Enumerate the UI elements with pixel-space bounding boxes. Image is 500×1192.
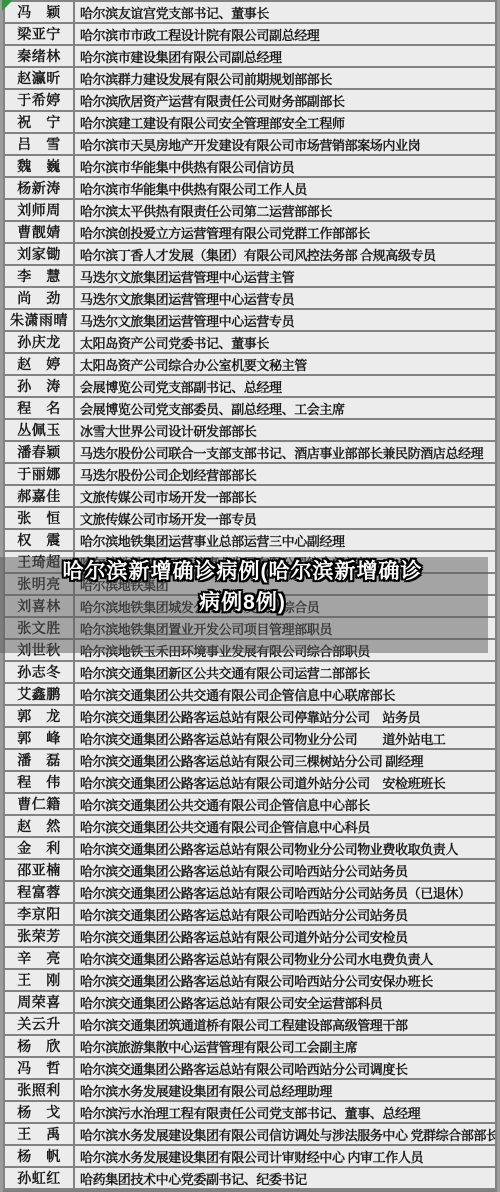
- position-cell: 哈尔滨市市政工程设计院有限公司副总经理: [75, 24, 495, 44]
- name-cell: 朱潇雨晴: [5, 310, 75, 330]
- name-cell: 梁亚宁: [5, 24, 75, 44]
- table-row: 刘家锄哈尔滨丁香人才发展（集团）有限公司风控法务部 合规高级专员: [5, 244, 495, 266]
- position-cell: 哈尔滨交通集团公路客运总站有限公司物业分公司物业费收取负责人: [75, 838, 495, 858]
- name-cell: 赵 然: [5, 816, 75, 836]
- table-row: 孙庆龙太阳岛资产公司党委书记、董事长: [5, 332, 495, 354]
- table-row: 杨 帆哈尔滨水务发展建设集团有限公司计审财经中心 内审工作人员: [5, 1146, 495, 1168]
- name-cell: 丛佩玉: [5, 420, 75, 440]
- table-row: 曹仁籍哈尔滨交通集团公共交通有限公司企管信息中心部长: [5, 794, 495, 816]
- table-row: 孙 涛会展博览公司党支部副书记、总经理: [5, 376, 495, 398]
- table-row: 孙虹红哈药集团技术中心党委副书记、纪委书记: [5, 1168, 495, 1190]
- name-cell: 冯 颖: [5, 2, 75, 22]
- name-cell: 尚 劲: [5, 288, 75, 308]
- table-row: 李京阳哈尔滨交通集团公路客运总站有限公司哈西站分公司站务员: [5, 904, 495, 926]
- table-row: 冯 哲哈尔滨交通集团公路客运总站有限公司哈西站分公司调度长: [5, 1058, 495, 1080]
- name-cell: 祝 宁: [5, 112, 75, 132]
- table-row: 杨 欣哈尔滨旅游集散中心运营管理有限公司工会副主席: [5, 1036, 495, 1058]
- name-cell: 郭 峰: [5, 728, 75, 748]
- table-row: 辛 亮哈尔滨交通集团公路客运总站有限公司物业分公司水电费负责人: [5, 948, 495, 970]
- position-cell: 文旅传媒公司市场开发一部部长: [75, 486, 495, 506]
- name-cell: 辛 亮: [5, 948, 75, 968]
- name-cell: 孙虹红: [5, 1168, 75, 1188]
- name-cell: 张照利: [5, 1080, 75, 1100]
- table-row: 于丽娜马迭尔股份公司企划经营部部长: [5, 464, 495, 486]
- position-cell: 太阳岛资产公司综合办公室机要文秘主管: [75, 354, 495, 374]
- name-cell: 邵亚楠: [5, 860, 75, 880]
- table-row: 李 慧马迭尔文旅集团运营管理中心运营主管: [5, 266, 495, 288]
- position-cell: 哈尔滨市华能集中供热有限公司信访员: [75, 156, 495, 176]
- name-cell: 吕 雪: [5, 134, 75, 154]
- table-row: 梁亚宁哈尔滨市市政工程设计院有限公司副总经理: [5, 24, 495, 46]
- table-row: 王 禹哈尔滨水务发展建设集团有限公司信访调处与涉法服务中心 党群综合部部长: [5, 1124, 495, 1146]
- name-cell: 冯 哲: [5, 1058, 75, 1078]
- name-cell: 杨 帆: [5, 1146, 75, 1166]
- name-cell: 赵 婷: [5, 354, 75, 374]
- name-cell: 程富蓉: [5, 882, 75, 902]
- position-cell: 文旅传媒公司市场开发一部专员: [75, 508, 495, 528]
- table-row: 金 利哈尔滨交通集团公路客运总站有限公司物业分公司物业费收取负责人: [5, 838, 495, 860]
- position-cell: 哈尔滨交通集团公路客运总站有限公司哈西站分公司站务员: [75, 860, 495, 880]
- table-row: 赵 婷太阳岛资产公司综合办公室机要文秘主管: [5, 354, 495, 376]
- table-row: 尚 劲马迭尔文旅集团运营管理中心运营专员: [5, 288, 495, 310]
- position-cell: 哈尔滨建工建设有限公司安全管理部安全工程师: [75, 112, 495, 132]
- name-cell: 赵瀛昕: [5, 68, 75, 88]
- table-row: 程 名会展博览公司党支部委员、副总经理、工会主席: [5, 398, 495, 420]
- position-cell: 哈尔滨交通集团公共交通有限公司企管信息中心联席部长: [75, 684, 495, 704]
- position-cell: 哈尔滨地铁集团运营事业总部运营三中心副经理: [75, 530, 495, 550]
- table-row: 刘师周哈尔滨太平供热有限责任公司第二运营部部长: [5, 200, 495, 222]
- green-corner-icon: [2, 0, 13, 11]
- position-cell: 哈尔滨交通集团公共交通有限公司企管信息中心部长: [75, 794, 495, 814]
- name-cell: 潘 磊: [5, 750, 75, 770]
- table-row: 张照利哈尔滨水务发展建设集团有限公司总经理助理: [5, 1080, 495, 1102]
- name-cell: 孙志冬: [5, 662, 75, 682]
- table-row: 吕 雪哈尔滨市天昊房地产开发建设有限公司市场营销部案场内业岗: [5, 134, 495, 156]
- table-row: 郭 峰哈尔滨交通集团公路客运总站有限公司物业分公司 道外站电工: [5, 728, 495, 750]
- name-cell: 程 名: [5, 398, 75, 418]
- name-cell: 孙庆龙: [5, 332, 75, 352]
- name-cell: 权 震: [5, 530, 75, 550]
- table-row: 程 伟哈尔滨交通集团公路客运总站有限公司道外站分公司 安检班班长: [5, 772, 495, 794]
- table-row: 丛佩玉冰雪大世界公司设计研发部部长: [5, 420, 495, 442]
- name-cell: 刘师周: [5, 200, 75, 220]
- table-row: 张 恒文旅传媒公司市场开发一部专员: [5, 508, 495, 530]
- position-cell: 哈尔滨交通集团公路客运总站有限公司道外站分公司 安检班班长: [75, 772, 495, 792]
- position-cell: 哈尔滨交通集团新区公共交通有限公司运营二部部长: [75, 662, 495, 682]
- position-cell: 哈尔滨市天昊房地产开发建设有限公司市场营销部案场内业岗: [75, 134, 495, 154]
- position-cell: 哈尔滨太平供热有限责任公司第二运营部部长: [75, 200, 495, 220]
- table-row: 曹靓婧哈尔滨创投爱立方运营管理有限公司党群工作部部长: [5, 222, 495, 244]
- position-cell: 会展博览公司党支部委员、副总经理、工会主席: [75, 398, 495, 418]
- table-row: 冯 颖哈尔滨友谊宫党支部书记、董事长: [5, 2, 495, 24]
- position-cell: 哈尔滨水务发展建设集团有限公司总经理助理: [75, 1080, 495, 1100]
- position-cell: 马迭尔文旅集团运营管理中心运营专员: [75, 288, 495, 308]
- name-cell: 于希婷: [5, 90, 75, 110]
- table-row: 程富蓉哈尔滨交通集团公路客运总站有限公司哈西站分公司站务员（已退休）: [5, 882, 495, 904]
- position-cell: 哈尔滨交通集团筑通道桥有限公司工程建设部高级管理干部: [75, 1014, 495, 1034]
- table-row: 郭 龙哈尔滨交通集团公路客运总站有限公司停靠站分公司 站务员: [5, 706, 495, 728]
- name-cell: 魏 巍: [5, 156, 75, 176]
- name-cell: 李京阳: [5, 904, 75, 924]
- name-cell: 郝嘉佳: [5, 486, 75, 506]
- name-cell: 曹仁籍: [5, 794, 75, 814]
- name-cell: 孙 涛: [5, 376, 75, 396]
- position-cell: 马迭尔股份公司联合一支部支部书记、酒店事业部部长兼民防酒店总经理: [75, 442, 495, 462]
- position-cell: 哈尔滨水务发展建设集团有限公司计审财经中心 内审工作人员: [75, 1146, 495, 1166]
- name-cell: 周荣喜: [5, 992, 75, 1012]
- table-row: 杨新涛哈尔滨市华能集中供热有限公司工作人员: [5, 178, 495, 200]
- position-cell: 哈药集团技术中心党委副书记、纪委书记: [75, 1168, 495, 1188]
- name-cell: 刘家锄: [5, 244, 75, 264]
- position-cell: 马迭尔股份公司企划经营部部长: [75, 464, 495, 484]
- table-row: 赵 然哈尔滨交通集团公共交通有限公司企管信息中心科员: [5, 816, 495, 838]
- position-cell: 哈尔滨交通集团公路客运总站有限公司停靠站分公司 站务员: [75, 706, 495, 726]
- position-cell: 哈尔滨交通集团公共交通有限公司企管信息中心科员: [75, 816, 495, 836]
- position-cell: 哈尔滨交通集团公路客运总站有限公司哈西站分公司安保办班长: [75, 970, 495, 990]
- name-cell: 张 恒: [5, 508, 75, 528]
- position-cell: 哈尔滨群力建设发展有限公司前期规划部部长: [75, 68, 495, 88]
- table-row: 张荣芳哈尔滨交通集团公路客运总站有限公司道外站分公司安检员: [5, 926, 495, 948]
- position-cell: 哈尔滨交通集团公路客运总站有限公司哈西站分公司调度长: [75, 1058, 495, 1078]
- table-row: 艾鑫鹏哈尔滨交通集团公共交通有限公司企管信息中心联席部长: [5, 684, 495, 706]
- table-row: 潘 磊哈尔滨交通集团公路客运总站有限公司三棵树站分公司 副经理: [5, 750, 495, 772]
- headline-line2: 病例8例): [0, 587, 485, 618]
- table-row: 周荣喜哈尔滨交通集团公路客运总站有限公司安全运营部科员: [5, 992, 495, 1014]
- name-cell: 潘春颖: [5, 442, 75, 462]
- table-row: 邵亚楠哈尔滨交通集团公路客运总站有限公司哈西站分公司站务员: [5, 860, 495, 882]
- table-row: 关云升哈尔滨交通集团筑通道桥有限公司工程建设部高级管理干部: [5, 1014, 495, 1036]
- position-cell: 哈尔滨交通集团公路客运总站有限公司哈西站分公司站务员（已退休）: [75, 882, 495, 902]
- screenshot-stage: 冯 颖哈尔滨友谊宫党支部书记、董事长梁亚宁哈尔滨市市政工程设计院有限公司副总经理…: [0, 0, 500, 1192]
- position-cell: 哈尔滨交通集团公路客运总站有限公司三棵树站分公司 副经理: [75, 750, 495, 770]
- position-cell: 哈尔滨交通集团公路客运总站有限公司哈西站分公司站务员: [75, 904, 495, 924]
- position-cell: 哈尔滨丁香人才发展（集团）有限公司风控法务部 合规高级专员: [75, 244, 495, 264]
- name-cell: 张荣芳: [5, 926, 75, 946]
- table-row: 权 震哈尔滨地铁集团运营事业总部运营三中心副经理: [5, 530, 495, 552]
- position-cell: 哈尔滨交通集团公路客运总站有限公司安全运营部科员: [75, 992, 495, 1012]
- position-cell: 哈尔滨创投爱立方运营管理有限公司党群工作部部长: [75, 222, 495, 242]
- position-cell: 哈尔滨污水治理工程有限责任公司党支部书记、董事、总经理: [75, 1102, 495, 1122]
- headline-line1: 哈尔滨新增确诊病例(哈尔滨新增确诊: [0, 556, 485, 587]
- position-cell: 哈尔滨交通集团公路客运总站有限公司物业分公司 道外站电工: [75, 728, 495, 748]
- name-cell: 王 禹: [5, 1124, 75, 1144]
- name-cell: 关云升: [5, 1014, 75, 1034]
- name-cell: 杨 戈: [5, 1102, 75, 1122]
- name-cell: 杨 欣: [5, 1036, 75, 1056]
- table-row: 王 刚哈尔滨交通集团公路客运总站有限公司哈西站分公司安保办班长: [5, 970, 495, 992]
- name-cell: 程 伟: [5, 772, 75, 792]
- position-cell: 哈尔滨欣居资产运营有限责任公司财务部副部长: [75, 90, 495, 110]
- table-row: 孙志冬哈尔滨交通集团新区公共交通有限公司运营二部部长: [5, 662, 495, 684]
- table-row: 魏 巍哈尔滨市华能集中供热有限公司信访员: [5, 156, 495, 178]
- table-row: 于希婷哈尔滨欣居资产运营有限责任公司财务部副部长: [5, 90, 495, 112]
- position-cell: 哈尔滨交通集团公路客运总站有限公司道外站分公司安检员: [75, 926, 495, 946]
- name-cell: 于丽娜: [5, 464, 75, 484]
- position-cell: 哈尔滨交通集团公路客运总站有限公司物业分公司水电费负责人: [75, 948, 495, 968]
- name-cell: 金 利: [5, 838, 75, 858]
- table-row: 潘春颖马迭尔股份公司联合一支部支部书记、酒店事业部部长兼民防酒店总经理: [5, 442, 495, 464]
- table-row: 朱潇雨晴马迭尔文旅集团运营管理中心运营专员: [5, 310, 495, 332]
- position-cell: 哈尔滨友谊宫党支部书记、董事长: [75, 2, 495, 22]
- name-cell: 秦绪林: [5, 46, 75, 66]
- table-row: 郝嘉佳文旅传媒公司市场开发一部部长: [5, 486, 495, 508]
- position-cell: 冰雪大世界公司设计研发部部长: [75, 420, 495, 440]
- name-cell: 李 慧: [5, 266, 75, 286]
- position-cell: 马迭尔文旅集团运营管理中心运营专员: [75, 310, 495, 330]
- table-row: 赵瀛昕哈尔滨群力建设发展有限公司前期规划部部长: [5, 68, 495, 90]
- table-row: 祝 宁哈尔滨建工建设有限公司安全管理部安全工程师: [5, 112, 495, 134]
- position-cell: 哈尔滨旅游集散中心运营管理有限公司工会副主席: [75, 1036, 495, 1056]
- position-cell: 哈尔滨市华能集中供热有限公司工作人员: [75, 178, 495, 198]
- name-cell: 王 刚: [5, 970, 75, 990]
- position-cell: 马迭尔文旅集团运营管理中心运营主管: [75, 266, 495, 286]
- position-cell: 哈尔滨水务发展建设集团有限公司信访调处与涉法服务中心 党群综合部部长: [75, 1124, 495, 1144]
- name-cell: 艾鑫鹏: [5, 684, 75, 704]
- position-cell: 会展博览公司党支部副书记、总经理: [75, 376, 495, 396]
- position-cell: 太阳岛资产公司党委书记、董事长: [75, 332, 495, 352]
- name-cell: 郭 龙: [5, 706, 75, 726]
- table-row: 秦绪林哈尔滨市建设集团有限公司副总经理: [5, 46, 495, 68]
- table-row: 杨 戈哈尔滨污水治理工程有限责任公司党支部书记、董事、总经理: [5, 1102, 495, 1124]
- name-cell: 曹靓婧: [5, 222, 75, 242]
- position-cell: 哈尔滨市建设集团有限公司副总经理: [75, 46, 495, 66]
- name-cell: 杨新涛: [5, 178, 75, 198]
- headline-overlay: 哈尔滨新增确诊病例(哈尔滨新增确诊 病例8例): [0, 556, 485, 618]
